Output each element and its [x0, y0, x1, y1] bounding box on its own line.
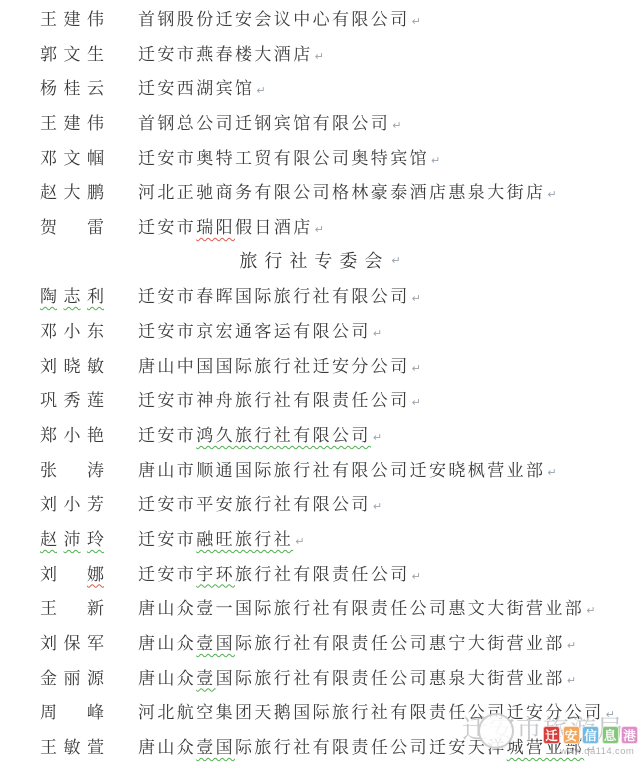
- company-name: 首钢总公司迁钢宾馆有限公司↵: [138, 109, 401, 134]
- name-char: 邓: [40, 317, 57, 342]
- member-name: 陶志利: [40, 282, 104, 307]
- name-char: 陶: [40, 282, 57, 307]
- member-row: 王建伟首钢股份迁安会议中心有限公司↵: [0, 0, 640, 35]
- company-text-segment: 城营业部: [507, 738, 585, 757]
- name-char: 桂: [64, 74, 81, 99]
- document-page: 王建伟首钢股份迁安会议中心有限公司↵郭文生迁安市燕春楼大酒店↵杨桂云迁安西湖宾馆…: [0, 0, 640, 763]
- name-char: 建: [64, 109, 81, 134]
- name-char: 邓: [40, 144, 57, 169]
- member-row: 周峰河北航空集团天鹅国际旅行社有限责任公司迁安分公司↵: [0, 693, 640, 728]
- paragraph-mark: ↵: [412, 362, 421, 375]
- member-row: 刘娜迁安市宇环旅行社有限责任公司↵: [0, 555, 640, 590]
- paragraph-mark: ↵: [586, 604, 595, 617]
- company-text-segment: 壹: [196, 669, 215, 688]
- member-row: 张涛唐山市顺通国际旅行社有限公司迁安晓枫营业部↵: [0, 451, 640, 486]
- member-row: 刘晓敏唐山中国国际旅行社迁安分公司↵: [0, 347, 640, 382]
- company-name: 迁安市鸿久旅行社有限公司↵: [138, 421, 382, 446]
- name-char: 艳: [87, 421, 104, 446]
- company-name: 迁安市宇环旅行社有限责任公司↵: [138, 560, 421, 585]
- company-name: 河北正驰商务有限公司格林豪泰酒店惠泉大街店↵: [138, 178, 557, 203]
- member-name: 贺雷: [40, 213, 104, 238]
- company-text-segment: 首钢股份迁安会议中心有限公司: [138, 10, 410, 29]
- name-char: 刘: [40, 490, 57, 515]
- name-char: 利: [87, 282, 104, 307]
- section-header: 旅行社专委会↵: [0, 243, 640, 278]
- company-text-segment: 宇环: [196, 565, 235, 584]
- member-row: 杨桂云迁安西湖宾馆↵: [0, 69, 640, 104]
- name-char: 莲: [87, 386, 104, 411]
- member-list: 王建伟首钢股份迁安会议中心有限公司↵郭文生迁安市燕春楼大酒店↵杨桂云迁安西湖宾馆…: [0, 0, 640, 763]
- company-name: 河北航空集团天鹅国际旅行社有限责任公司迁安分公司↵: [138, 698, 615, 723]
- member-name: 刘娜: [40, 560, 104, 585]
- name-char: 小: [64, 317, 81, 342]
- member-name: 刘晓敏: [40, 352, 104, 377]
- company-name: 唐山众壹国际旅行社有限责任公司迁安天洋城营业部↵: [138, 733, 595, 758]
- paragraph-mark: ↵: [315, 223, 324, 236]
- name-char: 赵: [40, 178, 57, 203]
- member-name: 郭文生: [40, 40, 104, 65]
- member-row: 郭文生迁安市燕春楼大酒店↵: [0, 35, 640, 70]
- member-name: 王敏萱: [40, 733, 104, 758]
- name-char: 峰: [87, 698, 104, 723]
- name-char: 王: [40, 109, 57, 134]
- member-row: 赵大鹏河北正驰商务有限公司格林豪泰酒店惠泉大街店↵: [0, 173, 640, 208]
- member-name: 赵大鹏: [40, 178, 104, 203]
- company-text-segment: 唐山众: [138, 634, 196, 653]
- name-char: 杨: [40, 74, 57, 99]
- company-text-segment: 首钢总公司迁钢宾馆有限公司: [138, 114, 390, 133]
- company-text-segment: 唐山中国国际旅行社迁安分公司: [138, 357, 410, 376]
- paragraph-mark: ↵: [315, 50, 324, 63]
- paragraph-mark: ↵: [412, 570, 421, 583]
- company-text-segment: 迁安市神舟旅行社有限责任公司: [138, 391, 410, 410]
- member-name: 金丽源: [40, 664, 104, 689]
- company-text-segment: 鸿久旅行社有限公司: [196, 426, 371, 445]
- company-text-segment: 迁安市: [138, 218, 196, 237]
- name-char: 东: [87, 317, 104, 342]
- member-name: 邓文帼: [40, 144, 104, 169]
- member-name: 邓小东: [40, 317, 104, 342]
- name-char: 芳: [87, 490, 104, 515]
- member-name: 王新: [40, 594, 104, 619]
- company-name: 唐山众壹一国际旅行社有限责任公司惠文大街营业部↵: [138, 594, 595, 619]
- name-char: 玲: [87, 525, 104, 550]
- name-char: 娜: [87, 560, 104, 585]
- member-row: 邓小东迁安市京宏通客运有限公司↵: [0, 312, 640, 347]
- name-char: 秀: [64, 386, 81, 411]
- company-text-segment: 国际旅行社有限责任公司惠泉大街营业部: [216, 669, 565, 688]
- name-char: 郑: [40, 421, 57, 446]
- paragraph-mark: ↵: [586, 743, 595, 756]
- company-text-segment: 迁安市平安旅行社有限公司: [138, 495, 371, 514]
- paragraph-mark: ↵: [392, 119, 401, 132]
- company-name: 首钢股份迁安会议中心有限公司↵: [138, 5, 421, 30]
- company-text-segment: 壹国: [196, 634, 235, 653]
- member-row: 王敏萱唐山众壹国际旅行社有限责任公司迁安天洋城营业部↵: [0, 728, 640, 763]
- name-char: 小: [64, 421, 81, 446]
- member-row: 邓文帼迁安市奥特工贸有限公司奥特宾馆↵: [0, 139, 640, 174]
- company-text-segment: 唐山众: [138, 738, 196, 757]
- company-text-segment: 唐山众: [138, 669, 196, 688]
- company-text-segment: 旅行社有限责任公司: [235, 565, 410, 584]
- name-char: 文: [64, 40, 81, 65]
- name-char: 涛: [87, 456, 104, 481]
- company-text-segment: 河北航空集团天鹅国际旅行社有限责任公司迁安分公司: [138, 703, 604, 722]
- company-name: 迁安市瑞阳假日酒店↵: [138, 213, 324, 238]
- company-name: 迁安市平安旅行社有限公司↵: [138, 490, 382, 515]
- company-name: 唐山众壹国际旅行社有限责任公司惠宁大街营业部↵: [138, 629, 576, 654]
- member-name: 王建伟: [40, 5, 104, 30]
- company-text-segment: 迁安西湖宾馆: [138, 79, 254, 98]
- name-char: 王: [40, 733, 57, 758]
- name-char: 周: [40, 698, 57, 723]
- name-char: 张: [40, 456, 57, 481]
- name-char: 王: [40, 594, 57, 619]
- paragraph-mark: ↵: [412, 15, 421, 28]
- paragraph-mark: ↵: [412, 292, 421, 305]
- name-char: 贺: [40, 213, 57, 238]
- company-text-segment: 迁安市奥特工贸有限公司奥特宾馆: [138, 149, 429, 168]
- member-row: 郑小艳迁安市鸿久旅行社有限公司↵: [0, 416, 640, 451]
- paragraph-mark: ↵: [547, 188, 556, 201]
- name-char: 文: [64, 144, 81, 169]
- name-char: 郭: [40, 40, 57, 65]
- name-char: 雷: [87, 213, 104, 238]
- name-char: 沛: [64, 525, 81, 550]
- paragraph-mark: ↵: [412, 396, 421, 409]
- name-char: 伟: [87, 109, 104, 134]
- company-text-segment: 迁安市春晖国际旅行社有限公司: [138, 287, 410, 306]
- name-char: 赵: [40, 525, 57, 550]
- member-row: 王建伟首钢总公司迁钢宾馆有限公司↵: [0, 104, 640, 139]
- company-text-segment: 河北正驰商务有限公司格林豪泰酒店惠泉大街店: [138, 183, 545, 202]
- company-name: 迁安市燕春楼大酒店↵: [138, 40, 324, 65]
- company-name: 迁安市春晖国际旅行社有限公司↵: [138, 282, 421, 307]
- paragraph-mark: ↵: [373, 327, 382, 340]
- name-char: 刘: [40, 629, 57, 654]
- company-text-segment: 唐山众壹一国际旅行社有限责任公司惠文大街营业部: [138, 599, 584, 618]
- company-text-segment: 融旺旅行社: [196, 530, 293, 549]
- name-char: 新: [87, 594, 104, 619]
- company-text-segment: 瑞阳: [196, 218, 235, 237]
- name-char: 金: [40, 664, 57, 689]
- company-name: 迁安市京宏通客运有限公司↵: [138, 317, 382, 342]
- member-row: 贺雷迁安市瑞阳假日酒店↵: [0, 208, 640, 243]
- name-char: 小: [64, 490, 81, 515]
- member-row: 刘保军唐山众壹国际旅行社有限责任公司惠宁大街营业部↵: [0, 624, 640, 659]
- name-char: 帼: [87, 144, 104, 169]
- section-header-text: 旅行社专委会: [239, 247, 389, 273]
- name-char: 鹏: [87, 178, 104, 203]
- member-row: 巩秀莲迁安市神舟旅行社有限责任公司↵: [0, 381, 640, 416]
- member-row: 金丽源唐山众壹国际旅行社有限责任公司惠泉大街营业部↵: [0, 659, 640, 694]
- member-name: 郑小艳: [40, 421, 104, 446]
- name-char: 敏: [64, 733, 81, 758]
- company-name: 唐山众壹国际旅行社有限责任公司惠泉大街营业部↵: [138, 664, 576, 689]
- company-name: 唐山中国国际旅行社迁安分公司↵: [138, 352, 421, 377]
- paragraph-mark: ↵: [547, 466, 556, 479]
- paragraph-mark: ↵: [606, 708, 615, 721]
- paragraph-mark: ↵: [431, 154, 440, 167]
- company-text-segment: 迁安市: [138, 426, 196, 445]
- name-char: 刘: [40, 560, 57, 585]
- name-char: 伟: [87, 5, 104, 30]
- member-row: 王新唐山众壹一国际旅行社有限责任公司惠文大街营业部↵: [0, 589, 640, 624]
- member-name: 巩秀莲: [40, 386, 104, 411]
- name-char: 敏: [87, 352, 104, 377]
- member-name: 刘小芳: [40, 490, 104, 515]
- name-char: 志: [64, 282, 81, 307]
- member-row: 赵沛玲迁安市融旺旅行社↵: [0, 520, 640, 555]
- company-text-segment: 迁安市燕春楼大酒店: [138, 45, 313, 64]
- company-name: 迁安西湖宾馆↵: [138, 74, 266, 99]
- company-text-segment: 壹国: [196, 738, 235, 757]
- name-char: 军: [87, 629, 104, 654]
- member-row: 刘小芳迁安市平安旅行社有限公司↵: [0, 485, 640, 520]
- paragraph-mark: ↵: [295, 535, 304, 548]
- name-char: 保: [64, 629, 81, 654]
- company-name: 迁安市融旺旅行社↵: [138, 525, 304, 550]
- member-name: 杨桂云: [40, 74, 104, 99]
- company-text-segment: 际旅行社有限责任公司迁安天洋: [235, 738, 507, 757]
- member-name: 王建伟: [40, 109, 104, 134]
- name-char: 生: [87, 40, 104, 65]
- paragraph-mark: ↵: [567, 674, 576, 687]
- member-name: 张涛: [40, 456, 104, 481]
- company-name: 迁安市神舟旅行社有限责任公司↵: [138, 386, 421, 411]
- company-text-segment: 迁安市: [138, 565, 196, 584]
- name-char: 大: [64, 178, 81, 203]
- name-char: 源: [87, 664, 104, 689]
- company-text-segment: 假日酒店: [235, 218, 313, 237]
- paragraph-mark: ↵: [256, 84, 265, 97]
- member-name: 周峰: [40, 698, 104, 723]
- name-char: 巩: [40, 386, 57, 411]
- member-name: 赵沛玲: [40, 525, 104, 550]
- company-text-segment: 迁安市京宏通客运有限公司: [138, 322, 371, 341]
- paragraph-mark: ↵: [373, 500, 382, 513]
- name-char: 萱: [87, 733, 104, 758]
- name-char: 刘: [40, 352, 57, 377]
- name-char: 王: [40, 5, 57, 30]
- company-name: 迁安市奥特工贸有限公司奥特宾馆↵: [138, 144, 440, 169]
- company-text-segment: 际旅行社有限责任公司惠宁大街营业部: [235, 634, 565, 653]
- member-row: 陶志利迁安市春晖国际旅行社有限公司↵: [0, 277, 640, 312]
- member-name: 刘保军: [40, 629, 104, 654]
- company-text-segment: 迁安市: [138, 530, 196, 549]
- company-name: 唐山市顺通国际旅行社有限公司迁安晓枫营业部↵: [138, 456, 557, 481]
- company-text-segment: 唐山市顺通国际旅行社有限公司迁安晓枫营业部: [138, 461, 545, 480]
- name-char: 建: [64, 5, 81, 30]
- paragraph-mark: ↵: [567, 639, 576, 652]
- paragraph-mark: ↵: [391, 254, 400, 267]
- paragraph-mark: ↵: [373, 431, 382, 444]
- name-char: 丽: [64, 664, 81, 689]
- name-char: 云: [87, 74, 104, 99]
- name-char: 晓: [64, 352, 81, 377]
